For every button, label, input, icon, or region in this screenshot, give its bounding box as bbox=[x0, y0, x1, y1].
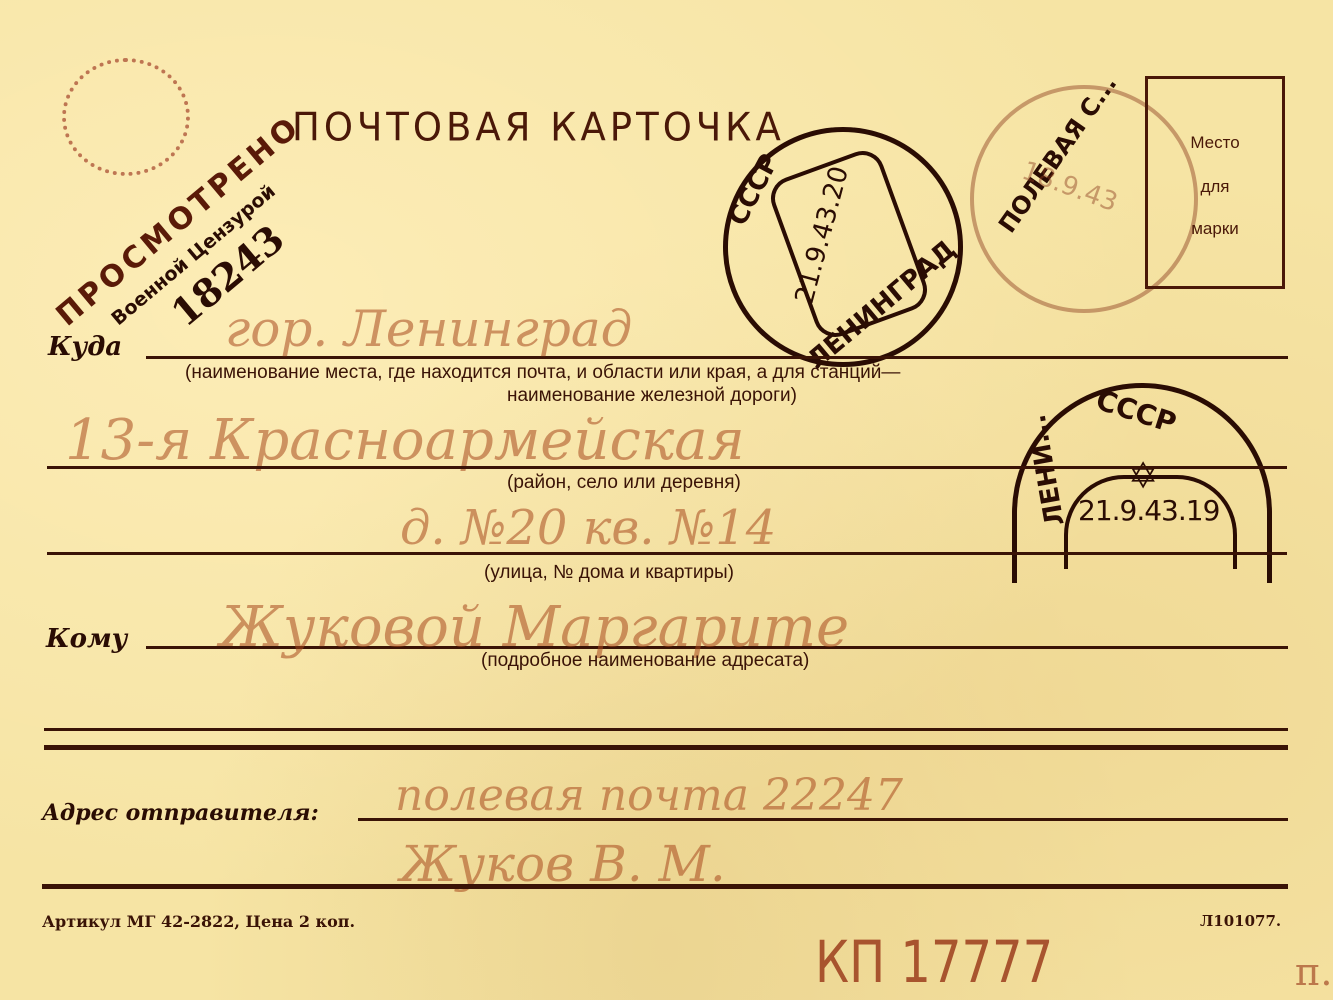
extra-line-1 bbox=[44, 728, 1288, 731]
corner-mark: п. bbox=[1295, 950, 1332, 994]
street-value[interactable]: д. №20 кв. №14 bbox=[400, 500, 776, 556]
street-line bbox=[47, 552, 1287, 555]
komu-hint: (подробное наименование адресата) bbox=[481, 650, 809, 672]
komu-label: Кому bbox=[46, 624, 127, 654]
handwritten-code: КП 17777 bbox=[815, 929, 1053, 996]
district-hint: (район, село или деревня) bbox=[507, 472, 741, 494]
kuda-label: Куда bbox=[48, 332, 122, 362]
sender-value-1[interactable]: полевая почта 22247 bbox=[395, 770, 903, 821]
stamp-place-line2: для bbox=[1148, 177, 1282, 197]
faded-round-stamp bbox=[62, 58, 190, 176]
stamp-place-line1: Место bbox=[1148, 133, 1282, 153]
postmark-ussr-lower-date: 21.9.43.19 bbox=[1078, 494, 1219, 527]
sender-line-2 bbox=[42, 884, 1288, 889]
sender-label: Адрес отправителя: bbox=[42, 800, 319, 826]
kuda-value[interactable]: гор. Ленинград bbox=[225, 300, 632, 358]
district-line bbox=[47, 466, 1287, 469]
kuda-hint-2: наименование железной дороги) bbox=[507, 385, 797, 407]
kuda-hint-1: (наименование места, где находится почта… bbox=[185, 362, 900, 384]
street-hint: (улица, № дома и квартиры) bbox=[484, 562, 734, 584]
print-code: Л101077. bbox=[1200, 912, 1281, 930]
extra-line-2 bbox=[44, 745, 1288, 750]
stamp-place-line3: марки bbox=[1148, 219, 1282, 239]
card-title: ПОЧТОВАЯ КАРТОЧКА bbox=[292, 105, 785, 150]
article-text: Артикул МГ 42-2822, Цена 2 коп. bbox=[42, 912, 355, 931]
stamp-place-box: Место для марки bbox=[1145, 76, 1285, 289]
district-value[interactable]: 13-я Красноармейская bbox=[65, 408, 745, 473]
